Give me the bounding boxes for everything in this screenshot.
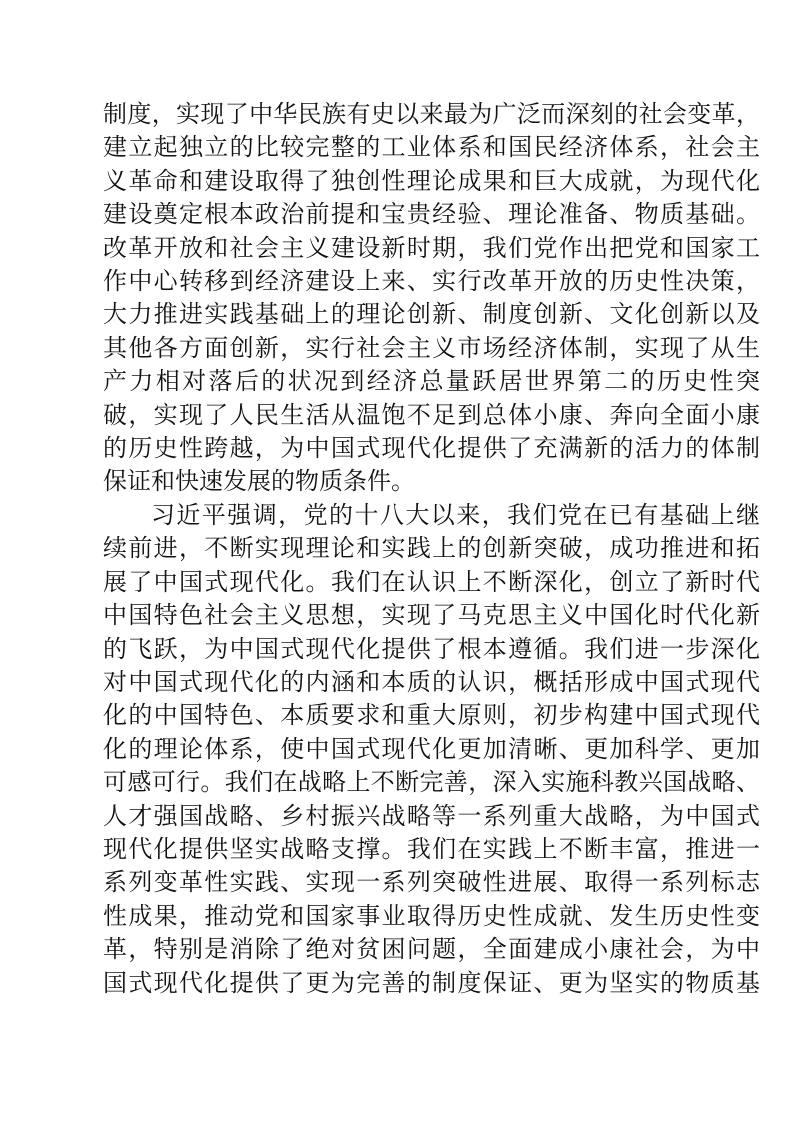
text-line: 义革命和建设取得了独创性理论成果和巨大成就，为现代化	[103, 166, 760, 199]
text-line: 保证和快速发展的物质条件。	[103, 466, 760, 499]
text-line: 可感可行。我们在战略上不断完善，深入实施科教兴国战略、	[103, 767, 760, 800]
text-line: 改革开放和社会主义建设新时期，我们党作出把党和国家工	[103, 233, 760, 266]
text-line: 建立起独立的比较完整的工业体系和国民经济体系，社会主	[103, 132, 760, 165]
text-line: 化的中国特色、本质要求和重大原则，初步构建中国式现代	[103, 700, 760, 733]
text-line: 现代化提供坚实战略支撑。我们在实践上不断丰富，推进一	[103, 834, 760, 867]
text-line: 系列变革性实践、实现一系列突破性进展、取得一系列标志	[103, 867, 760, 900]
text-line: 破，实现了人民生活从温饱不足到总体小康、奔向全面小康	[103, 400, 760, 433]
text-line: 国式现代化提供了更为完善的制度保证、更为坚实的物质基	[103, 968, 760, 1001]
text-line: 对中国式现代化的内涵和本质的认识，概括形成中国式现代	[103, 667, 760, 700]
text-line: 的历史性跨越，为中国式现代化提供了充满新的活力的体制	[103, 433, 760, 466]
text-line: 大力推进实践基础上的理论创新、制度创新、文化创新以及	[103, 299, 760, 332]
text-line: 革，特别是消除了绝对贫困问题，全面建成小康社会，为中	[103, 934, 760, 967]
text-line: 产力相对落后的状况到经济总量跃居世界第二的历史性突	[103, 366, 760, 399]
text-line: 续前进，不断实现理论和实践上的创新突破，成功推进和拓	[103, 533, 760, 566]
text-line: 其他各方面创新，实行社会主义市场经济体制，实现了从生	[103, 333, 760, 366]
paragraph-1: 制度，实现了中华民族有史以来最为广泛而深刻的社会变革， 建立起独立的比较完整的工…	[103, 99, 760, 500]
text-line: 展了中国式现代化。我们在认识上不断深化，创立了新时代	[103, 567, 760, 600]
text-line: 性成果，推动党和国家事业取得历史性成就、发生历史性变	[103, 901, 760, 934]
text-line: 的飞跃，为中国式现代化提供了根本遵循。我们进一步深化	[103, 634, 760, 667]
text-line: 中国特色社会主义思想，实现了马克思主义中国化时代化新	[103, 600, 760, 633]
text-line: 习近平强调，党的十八大以来，我们党在已有基础上继	[103, 500, 760, 533]
paragraph-2: 习近平强调，党的十八大以来，我们党在已有基础上继 续前进，不断实现理论和实践上的…	[103, 500, 760, 1001]
text-line: 化的理论体系，使中国式现代化更加清晰、更加科学、更加	[103, 734, 760, 767]
text-line: 人才强国战略、乡村振兴战略等一系列重大战略，为中国式	[103, 801, 760, 834]
document-page: 制度，实现了中华民族有史以来最为广泛而深刻的社会变革， 建立起独立的比较完整的工…	[0, 0, 793, 1122]
text-line: 作中心转移到经济建设上来、实行改革开放的历史性决策，	[103, 266, 760, 299]
text-line: 制度，实现了中华民族有史以来最为广泛而深刻的社会变革，	[103, 99, 760, 132]
text-line: 建设奠定根本政治前提和宝贵经验、理论准备、物质基础。	[103, 199, 760, 232]
